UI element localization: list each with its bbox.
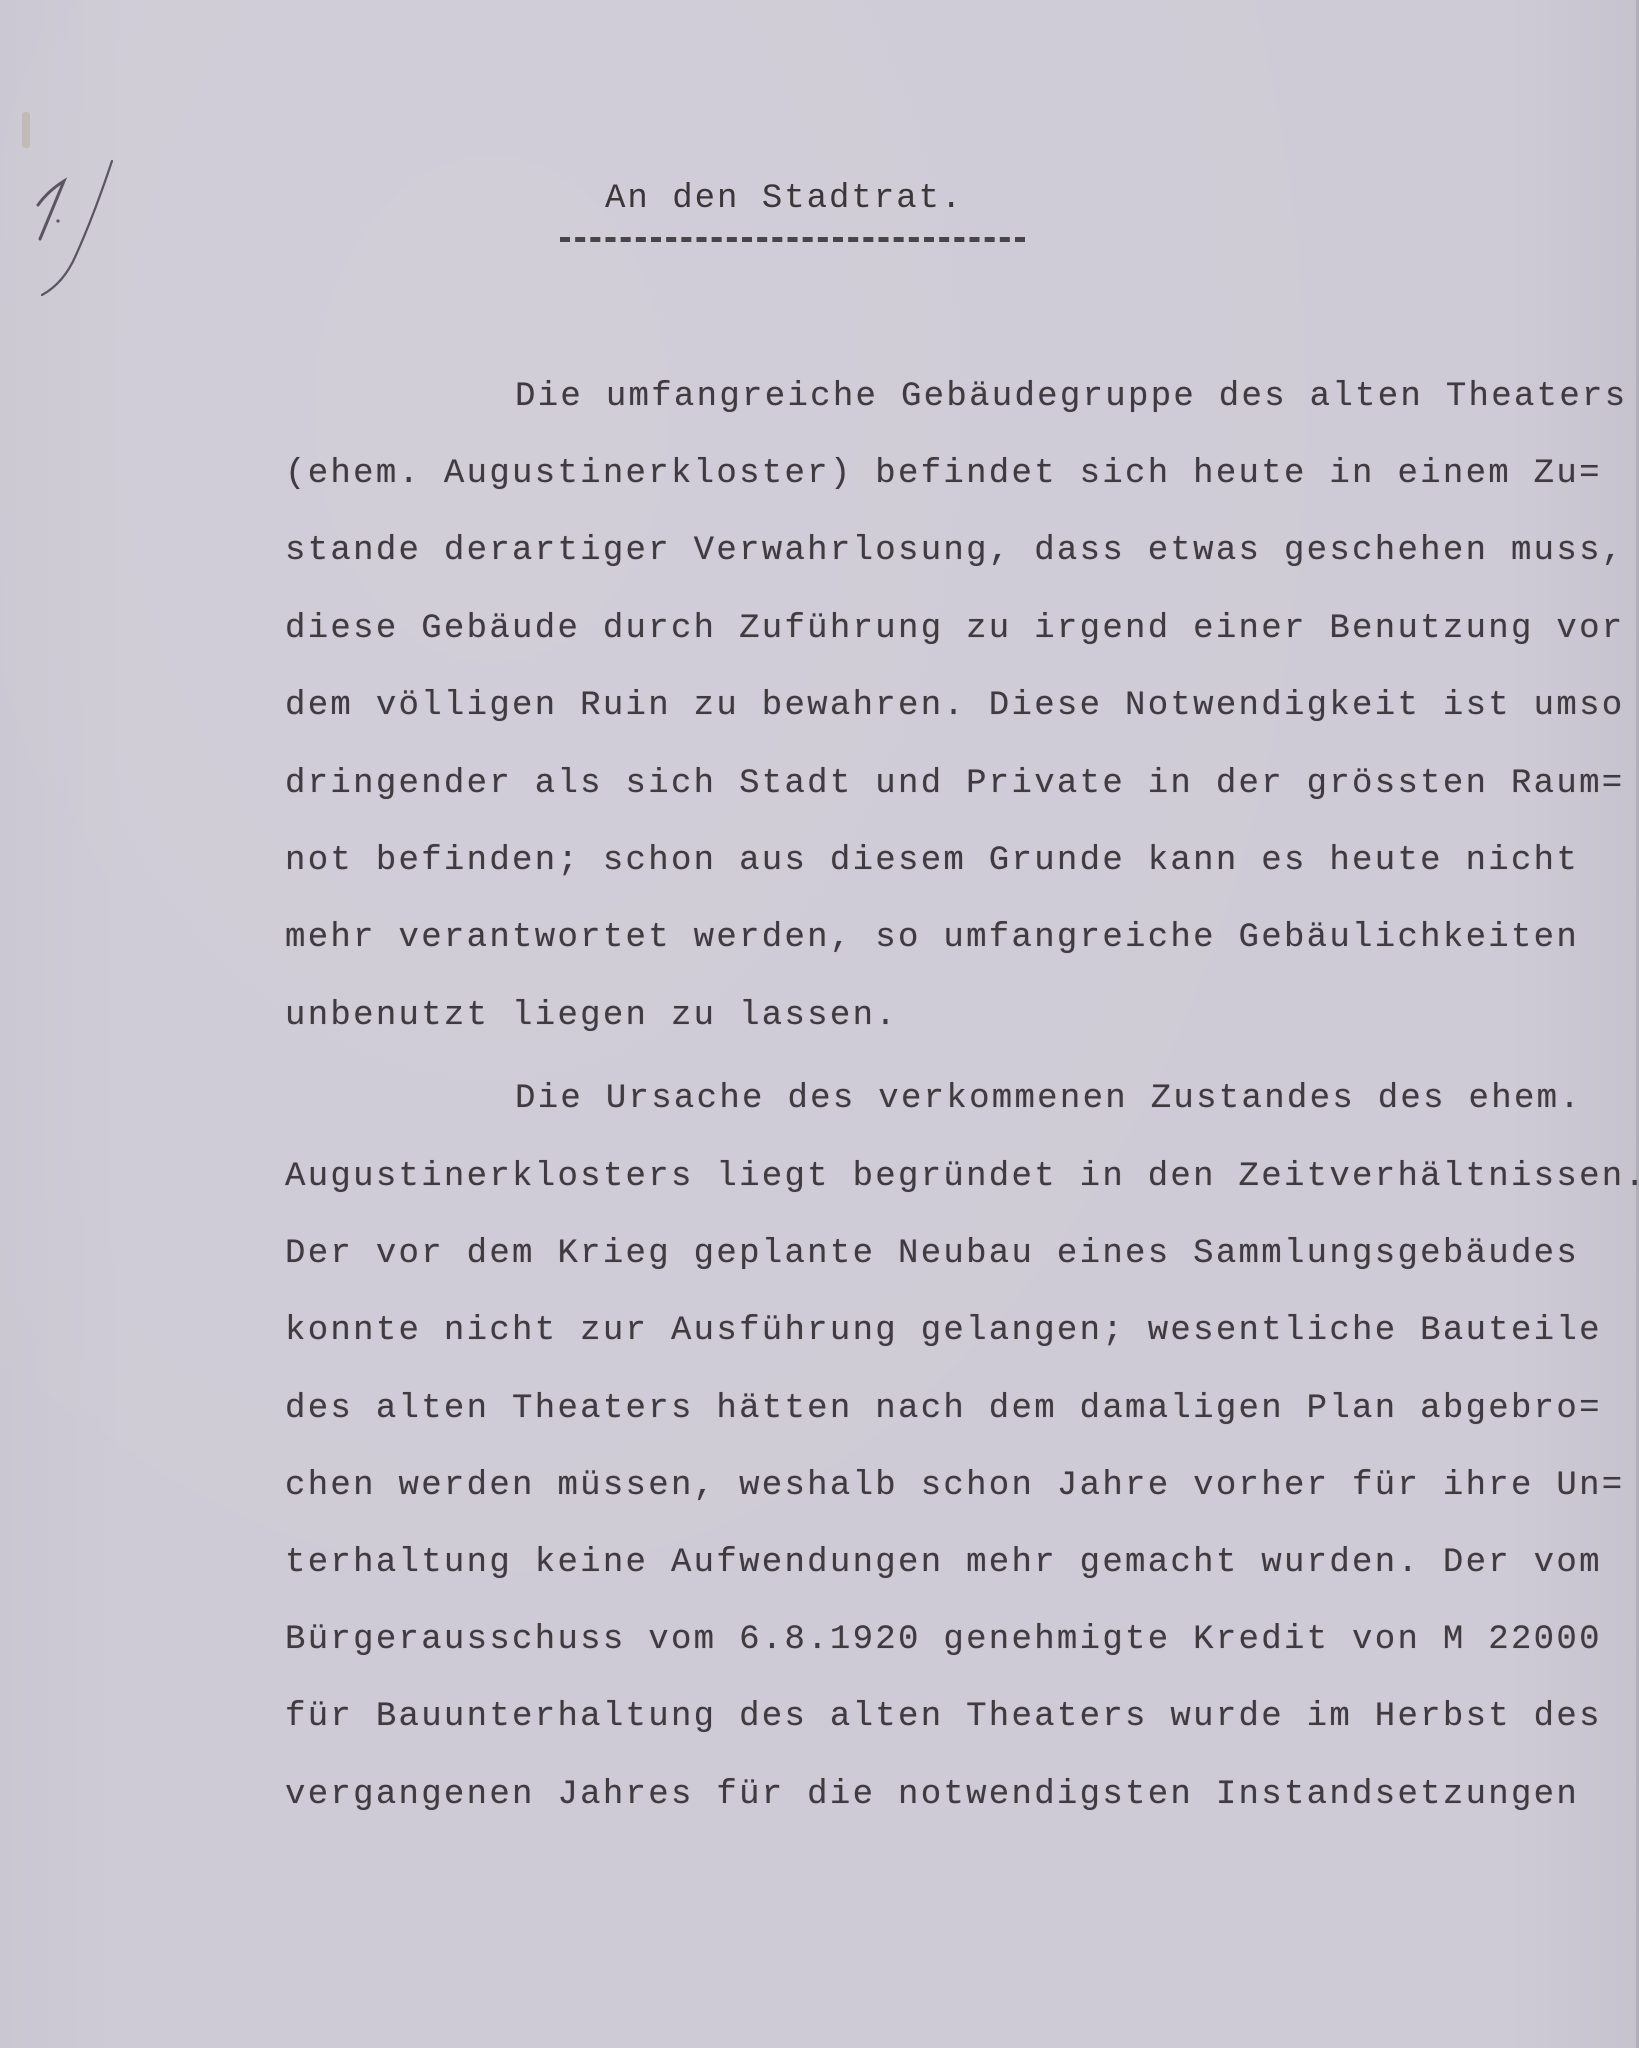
text-line: Der vor dem Krieg geplante Neubau eines … — [285, 1234, 1579, 1274]
text-line: für Bauunterhaltung des alten Theaters w… — [285, 1697, 1602, 1737]
text-line: vergangenen Jahres für die notwendigsten… — [285, 1775, 1579, 1815]
text-line: stande derartiger Verwahrlosung, dass et… — [285, 531, 1625, 571]
text-line: des alten Theaters hätten nach dem damal… — [285, 1389, 1602, 1429]
text-line: dem völligen Ruin zu bewahren. Diese Not… — [285, 686, 1625, 726]
text-line: unbenutzt liegen zu lassen. — [285, 996, 898, 1036]
text-line: chen werden müssen, weshalb schon Jahre … — [285, 1466, 1625, 1506]
document-title: An den Stadtrat. — [605, 180, 963, 218]
text-line: Augustinerklosters liegt begründet in de… — [285, 1157, 1639, 1197]
text-line: diese Gebäude durch Zuführung zu irgend … — [285, 609, 1625, 649]
text-line: terhaltung keine Aufwendungen mehr gemac… — [285, 1543, 1602, 1583]
text-line: Bürgerausschuss vom 6.8.1920 genehmigte … — [285, 1620, 1602, 1660]
text-line: mehr verantwortet werden, so umfangreich… — [285, 918, 1579, 958]
title-underline — [560, 237, 1025, 242]
text-line: (ehem. Augustinerkloster) befindet sich … — [285, 454, 1602, 494]
paper-stain — [22, 112, 30, 148]
text-line: Die umfangreiche Gebäudegruppe des alten… — [515, 377, 1627, 417]
text-line: not befinden; schon aus diesem Grunde ka… — [285, 841, 1579, 881]
text-line: Die Ursache des verkommenen Zustandes de… — [515, 1079, 1582, 1119]
text-line: dringender als sich Stadt und Private in… — [285, 764, 1625, 804]
handwritten-margin-mark-icon: 1./ — [30, 155, 120, 305]
text-line: konnte nicht zur Ausführung gelangen; we… — [285, 1311, 1602, 1351]
